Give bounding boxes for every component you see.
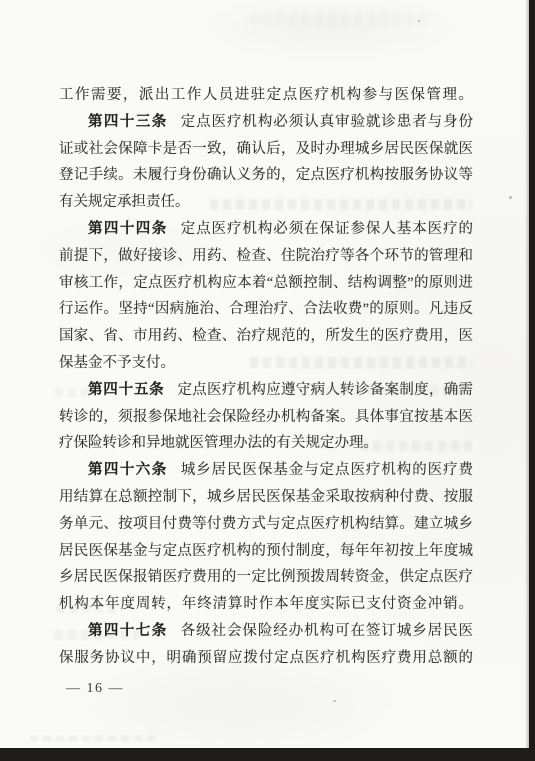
line-text: 城乡居民医保基金与定点医疗机构的医疗费 (181, 462, 473, 478)
article-line: 第四十三条定点医疗机构必须认真审验就诊患者与身份 (59, 109, 473, 136)
scan-edge-bottom (0, 748, 535, 761)
line-text: 国家、省、市用药、检查、治疗规范的，所发生的医疗费用，医 (59, 328, 473, 344)
text-line: 审核工作，定点医疗机构应本着“总额控制、结构调整”的原则进 (59, 270, 473, 297)
article-number: 第四十六条 (88, 462, 168, 478)
scan-speck (418, 20, 420, 22)
text-line: 疗保险转诊和异地就医管理办法的有关规定办理。 (59, 430, 473, 457)
line-text: 行运作。坚持“因病施治、合理治疗、合法收费”的原则。凡违反 (59, 301, 473, 317)
line-text: 疗保险转诊和异地就医管理办法的有关规定办理。 (59, 435, 378, 451)
page-number: — 16 — (66, 681, 124, 697)
text-line: 国家、省、市用药、检查、治疗规范的，所发生的医疗费用，医 (59, 323, 473, 350)
line-text: 证或社会保障卡是否一致，确认后，及时办理城乡居民医保就医 (59, 141, 473, 157)
article-number: 第四十三条 (88, 114, 168, 130)
text-line: 证或社会保障卡是否一致，确认后，及时办理城乡居民医保就医 (59, 136, 473, 163)
bleedthrough-mark (30, 736, 160, 741)
text-line: 用结算在总额控制下，城乡居民医保基金采取按病种付费、按服 (59, 484, 473, 511)
text-line: 务单元、按项目付费等付费方式与定点医疗机构结算。建立城乡 (59, 511, 473, 538)
scan-speck (333, 700, 336, 702)
bleedthrough-mark (250, 12, 430, 26)
line-text: 工作需要，派出工作人员进驻定点医疗机构参与医保管理。 (59, 87, 473, 103)
line-text: 机构本年度周转，年终清算时作本年度实际已支付资金冲销。 (59, 596, 473, 612)
article-line: 第四十六条城乡居民医保基金与定点医疗机构的医疗费 (59, 457, 473, 484)
text-line: 转诊的，须报参保地社会保险经办机构备案。具体事宜按基本医 (59, 404, 473, 431)
line-text: 务单元、按项目付费等付费方式与定点医疗机构结算。建立城乡 (59, 516, 473, 532)
text-line: 居民医保基金与定点医疗机构的预付制度，每年年初按上年度城 (59, 538, 473, 565)
document-body: 工作需要，派出工作人员进驻定点医疗机构参与医保管理。第四十三条定点医疗机构必须认… (59, 82, 473, 672)
article-line: 第四十七条各级社会保险经办机构可在签订城乡居民医 (59, 618, 473, 645)
text-line: 有关规定承担责任。 (59, 189, 473, 216)
line-text: 转诊的，须报参保地社会保险经办机构备案。具体事宜按基本医 (59, 409, 473, 425)
line-text: 保基金不予支付。 (59, 355, 175, 371)
article-line: 第四十五条定点医疗机构应遵守病人转诊备案制度，确需 (59, 377, 473, 404)
article-number: 第四十七条 (88, 623, 168, 639)
line-text: 定点医疗机构应遵守病人转诊备案制度，确需 (177, 382, 473, 398)
text-line: 保服务协议中，明确预留应拨付定点医疗机构医疗费用总额的 (59, 645, 473, 672)
text-line: 保基金不予支付。 (59, 350, 473, 377)
text-line: 登记手续。未履行身份确认义务的，定点医疗机构按服务协议等 (59, 162, 473, 189)
line-text: 有关规定承担责任。 (59, 194, 190, 210)
line-text: 居民医保基金与定点医疗机构的预付制度，每年年初按上年度城 (59, 543, 473, 559)
line-text: 登记手续。未履行身份确认义务的，定点医疗机构按服务协议等 (59, 167, 473, 183)
scanned-page: 工作需要，派出工作人员进驻定点医疗机构参与医保管理。第四十三条定点医疗机构必须认… (0, 0, 535, 761)
line-text: 乡居民医保报销医疗费用的一定比例预拨周转资金，供定点医疗 (59, 569, 473, 585)
line-text: 定点医疗机构必须在保证参保人基本医疗的 (181, 221, 473, 237)
text-line: 工作需要，派出工作人员进驻定点医疗机构参与医保管理。 (59, 82, 473, 109)
line-text: 各级社会保险经办机构可在签订城乡居民医 (181, 623, 473, 639)
article-number: 第四十五条 (88, 382, 164, 398)
line-text: 定点医疗机构必须认真审验就诊患者与身份 (181, 114, 473, 130)
scan-speck (509, 196, 512, 199)
text-line: 前提下，做好接诊、用药、检查、住院治疗等各个环节的管理和 (59, 243, 473, 270)
line-text: 保服务协议中，明确预留应拨付定点医疗机构医疗费用总额的 (59, 650, 473, 666)
text-line: 行运作。坚持“因病施治、合理治疗、合法收费”的原则。凡违反 (59, 296, 473, 323)
line-text: 审核工作，定点医疗机构应本着“总额控制、结构调整”的原则进 (59, 275, 473, 291)
text-line: 机构本年度周转，年终清算时作本年度实际已支付资金冲销。 (59, 591, 473, 618)
line-text: 前提下，做好接诊、用药、检查、住院治疗等各个环节的管理和 (59, 248, 473, 264)
article-line: 第四十四条定点医疗机构必须在保证参保人基本医疗的 (59, 216, 473, 243)
article-number: 第四十四条 (88, 221, 168, 237)
scan-edge-right (529, 0, 535, 761)
text-line: 乡居民医保报销医疗费用的一定比例预拨周转资金，供定点医疗 (59, 564, 473, 591)
line-text: 用结算在总额控制下，城乡居民医保基金采取按病种付费、按服 (59, 489, 473, 505)
